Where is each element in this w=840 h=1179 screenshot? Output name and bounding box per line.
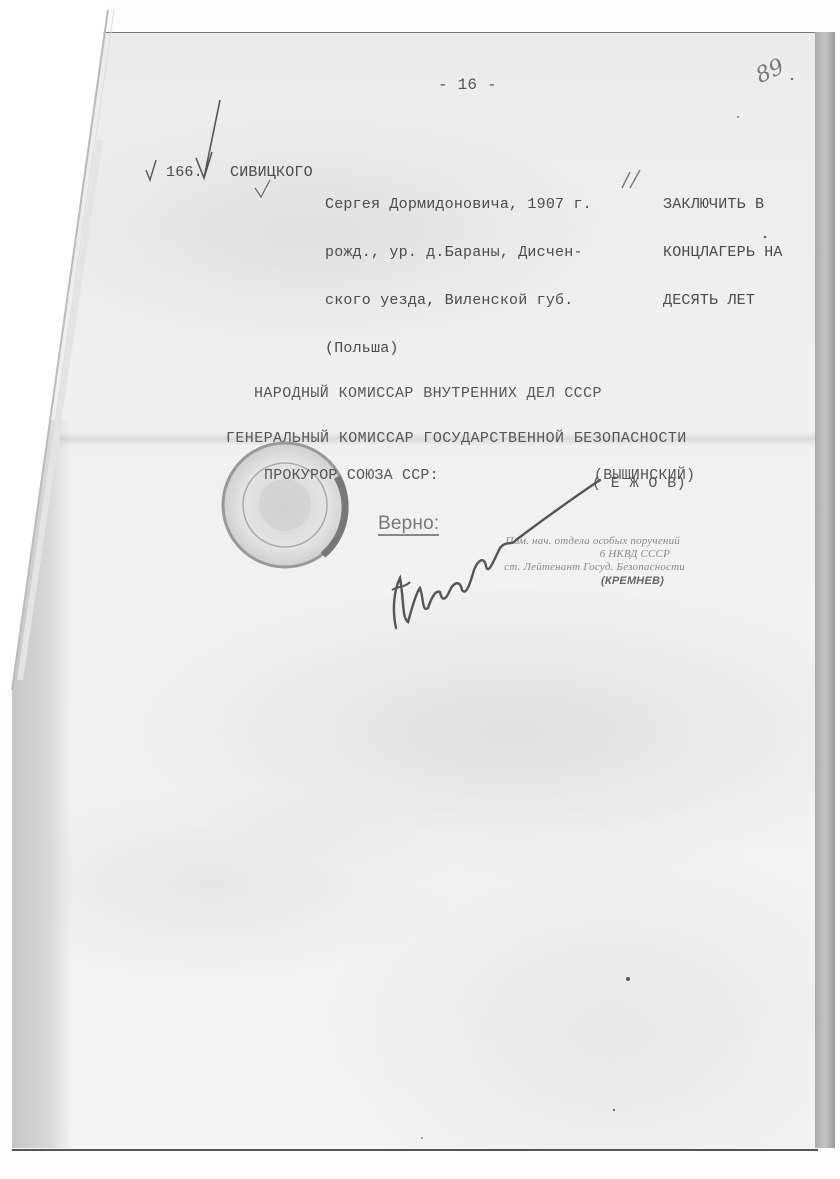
paper-specks [0, 0, 840, 1179]
